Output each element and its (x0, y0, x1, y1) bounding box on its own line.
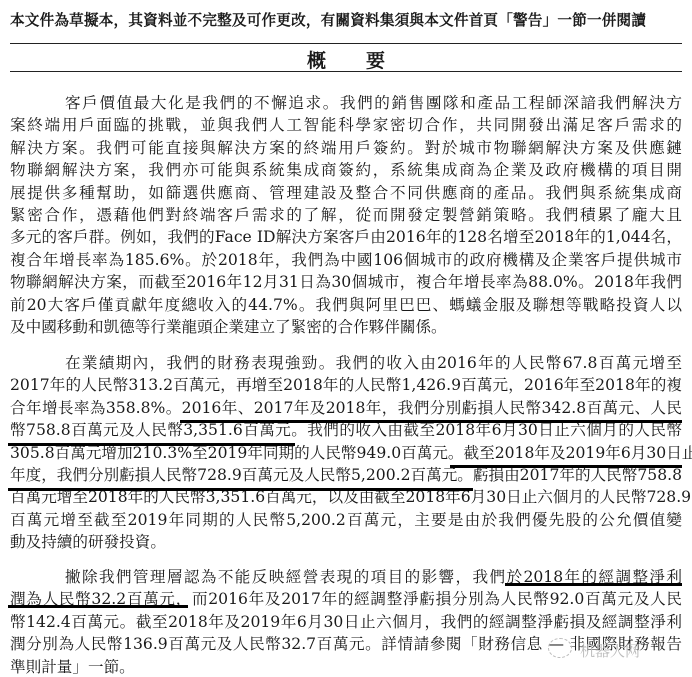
paragraph-line: 前20大客戶僅貢獻年度總收入的44.7%。我們與阿里巴巴、螞蟻金服及聯想等戰略投… (10, 294, 682, 316)
paragraph-line: 及中國移動和凱德等行業龍頭企業建立了緊密的合作夥伴關係。 (10, 316, 682, 338)
title-char-2: 要 (366, 46, 385, 73)
paragraph-customers: 客戶價值最大化是我們的不懈追求。我們的銷售團隊和產品工程師深諳我們解決方 案終端… (10, 92, 682, 338)
paragraph-line: 2017年的人民幣313.2百萬元，再增至2018年的人民幣1,426.9百萬元… (10, 374, 682, 396)
header-rule-top (10, 43, 682, 44)
highlight-underline (450, 465, 682, 468)
paragraph-line: 案終端用戶面臨的挑戰，並與我們人工智能科學家密切合作，共同開發出滿足客戶需求的 (10, 114, 682, 136)
paragraph-line: 動及持續的研發投資。 (10, 531, 682, 553)
paragraph-line: 複合年增長率為185.6%。於2018年，我們為中國106個城市的政府機構及企業… (10, 249, 682, 271)
highlight-underline (505, 583, 682, 586)
highlight-underline (8, 443, 295, 446)
paragraph-line: 解決方案。我們可能直接與解決方案的終端用戶簽約。對於城市物聯網解決方案及供應鏈 (10, 137, 682, 159)
header-rule-bottom (10, 71, 682, 72)
paragraph-line: 展提供多種幫助，如篩選供應商、管理建設及整合不同供應商的產品。我們與系統集成商 (10, 182, 682, 204)
paragraph-line: 百萬元增至截至2019年同期的人民幣5,200.2百萬元，主要是由於我們優先股的… (10, 509, 682, 531)
paragraph-line: 多元的客戶群。例如，我們的Face ID解決方案客戶由2016年的128名增至2… (10, 226, 682, 248)
highlight-underline (8, 605, 188, 608)
paragraph-line: 緊密合作，憑藉他們對終端客戶需求的了解，從而開發定製營銷策略。我們積累了龐大且 (10, 204, 682, 226)
paragraph-line: 客戶價值最大化是我們的不懈追求。我們的銷售團隊和產品工程師深諳我們解決方 (10, 92, 682, 114)
paragraph-line: 在業績期內，我們的財務表現強勁。我們的收入由2016年的人民幣67.8百萬元增至 (10, 352, 682, 374)
wechat-watermark-icon (548, 638, 572, 658)
highlight-underline (180, 420, 682, 423)
paragraph-line: 物聯網解決方案，我們亦可能與系統集成商簽約，系統集成商為企業及政府機構的項目開 (10, 159, 682, 181)
paragraph-line: 合年增長率為358.8%。2016年、2017年及2018年，我們分別虧損人民幣… (10, 397, 682, 419)
highlight-underline (8, 488, 473, 491)
title-char-1: 概 (307, 46, 326, 73)
paragraph-line: 幣142.4百萬元。截至2018年及2019年6月30日止六個月，我們的經調整淨… (10, 611, 682, 633)
paragraph-line: 物聯網解決方案，而截至2016年12月31日為30個城市，複合年增長率為88.0… (10, 271, 682, 293)
draft-notice: 本文件為草擬本，其資料並不完整及可作更改，有關資料集須與本文件首頁「警告」一節一… (10, 9, 682, 30)
paragraph-financials: 在業績期內，我們的財務表現強勁。我們的收入由2016年的人民幣67.8百萬元增至… (10, 352, 682, 554)
section-title: 概要 (0, 46, 692, 73)
watermark-text: 机器人网 (580, 640, 640, 661)
